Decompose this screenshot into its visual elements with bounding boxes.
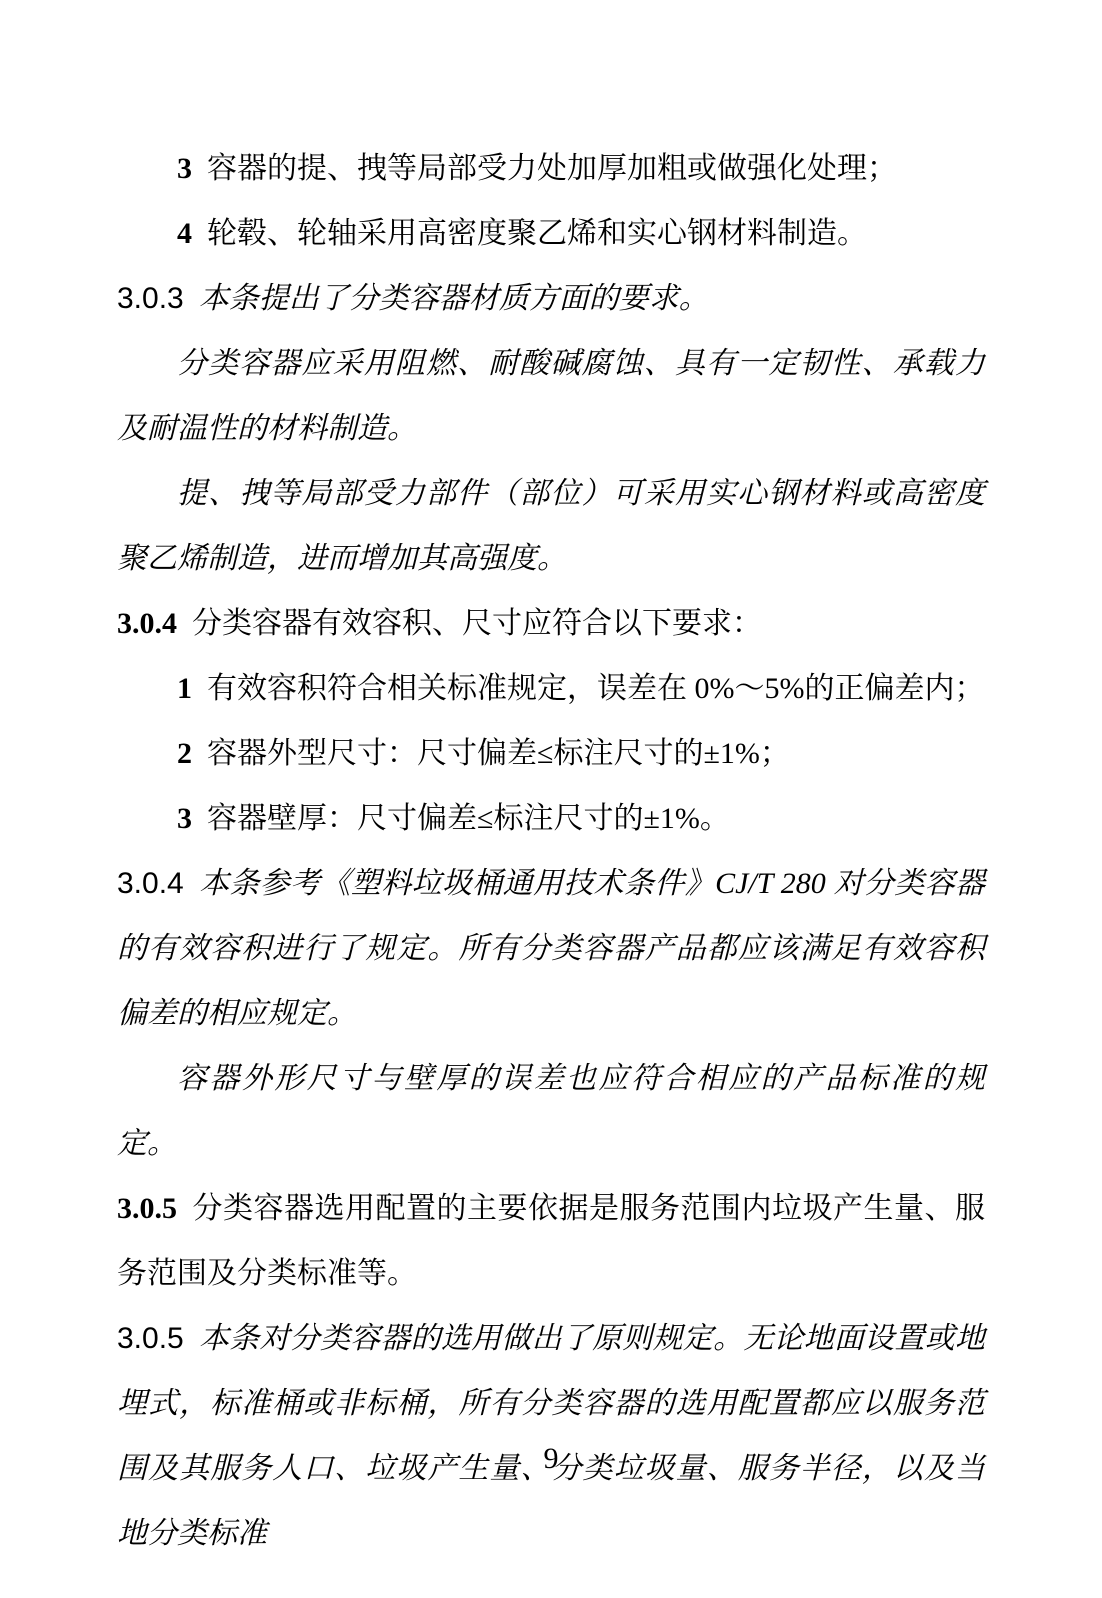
subitem-number: 1 [177,672,192,705]
commentary-text: 本条对分类容器的选用做出了原则规定。无论地面设置或地埋式，标准桶或非标桶，所有分… [117,1322,985,1550]
clause-number: 3.0.4 [117,607,177,640]
commentary-text: 提、拽等局部受力部件（部位）可采用实心钢材料或高密度聚乙烯制造，进而增加其高强度… [117,477,985,575]
clause-subitem: 1有效容积符合相关标准规定，误差在 0%～5%的正偏差内； [117,656,985,721]
clause-heading: 3.0.4分类容器有效容积、尺寸应符合以下要求： [117,591,985,656]
clause-subitem: 3容器的提、拽等局部受力处加厚加粗或做强化处理； [117,136,985,201]
commentary-text: 本条提出了分类容器材质方面的要求。 [199,282,709,315]
clause-heading: 3.0.5分类容器选用配置的主要依据是服务范围内垃圾产生量、服务范围及分类标准等… [117,1176,985,1306]
subitem-text: 轮毂、轮轴采用高密度聚乙烯和实心钢材料制造。 [207,217,867,250]
commentary-text: 分类容器应采用阻燃、耐酸碱腐蚀、具有一定韧性、承载力及耐温性的材料制造。 [117,347,985,445]
subitem-text: 容器壁厚：尺寸偏差≤标注尺寸的±1%。 [207,802,730,835]
clause-text: 分类容器选用配置的主要依据是服务范围内垃圾产生量、服务范围及分类标准等。 [117,1192,985,1290]
clause-text: 分类容器有效容积、尺寸应符合以下要求： [192,607,762,640]
subitem-number: 2 [177,737,192,770]
commentary-clause: 3.0.4本条参考《塑料垃圾桶通用技术条件》CJ/T 280 对分类容器的有效容… [117,851,985,1046]
document-page: 3容器的提、拽等局部受力处加厚加粗或做强化处理； 4轮毂、轮轴采用高密度聚乙烯和… [0,0,1102,1598]
commentary-clause: 3.0.3本条提出了分类容器材质方面的要求。 [117,266,985,331]
commentary-paragraph: 容器外形尺寸与壁厚的误差也应符合相应的产品标准的规定。 [117,1046,985,1176]
clause-subitem: 3容器壁厚：尺寸偏差≤标注尺寸的±1%。 [117,786,985,851]
subitem-text: 容器的提、拽等局部受力处加厚加粗或做强化处理； [207,152,897,185]
commentary-paragraph: 提、拽等局部受力部件（部位）可采用实心钢材料或高密度聚乙烯制造，进而增加其高强度… [117,461,985,591]
clause-number: 3.0.5 [117,1322,184,1355]
clause-subitem: 2容器外型尺寸：尺寸偏差≤标注尺寸的±1%； [117,721,985,786]
subitem-text: 有效容积符合相关标准规定，误差在 0%～5%的正偏差内； [207,672,984,705]
clause-number: 3.0.3 [117,282,184,315]
document-content: 3容器的提、拽等局部受力处加厚加粗或做强化处理； 4轮毂、轮轴采用高密度聚乙烯和… [117,136,985,1566]
clause-number: 3.0.5 [117,1192,177,1225]
subitem-number: 4 [177,217,192,250]
subitem-number: 3 [177,152,192,185]
page-number: 9 [0,1442,1102,1476]
subitem-text: 容器外型尺寸：尺寸偏差≤标注尺寸的±1%； [207,737,790,770]
clause-number: 3.0.4 [117,867,184,900]
commentary-paragraph: 分类容器应采用阻燃、耐酸碱腐蚀、具有一定韧性、承载力及耐温性的材料制造。 [117,331,985,461]
subitem-number: 3 [177,802,192,835]
commentary-text: 容器外形尺寸与壁厚的误差也应符合相应的产品标准的规定。 [117,1062,985,1160]
commentary-text: 本条参考《塑料垃圾桶通用技术条件》CJ/T 280 对分类容器的有效容积进行了规… [117,867,985,1030]
commentary-clause: 3.0.5本条对分类容器的选用做出了原则规定。无论地面设置或地埋式，标准桶或非标… [117,1306,985,1566]
clause-subitem: 4轮毂、轮轴采用高密度聚乙烯和实心钢材料制造。 [117,201,985,266]
